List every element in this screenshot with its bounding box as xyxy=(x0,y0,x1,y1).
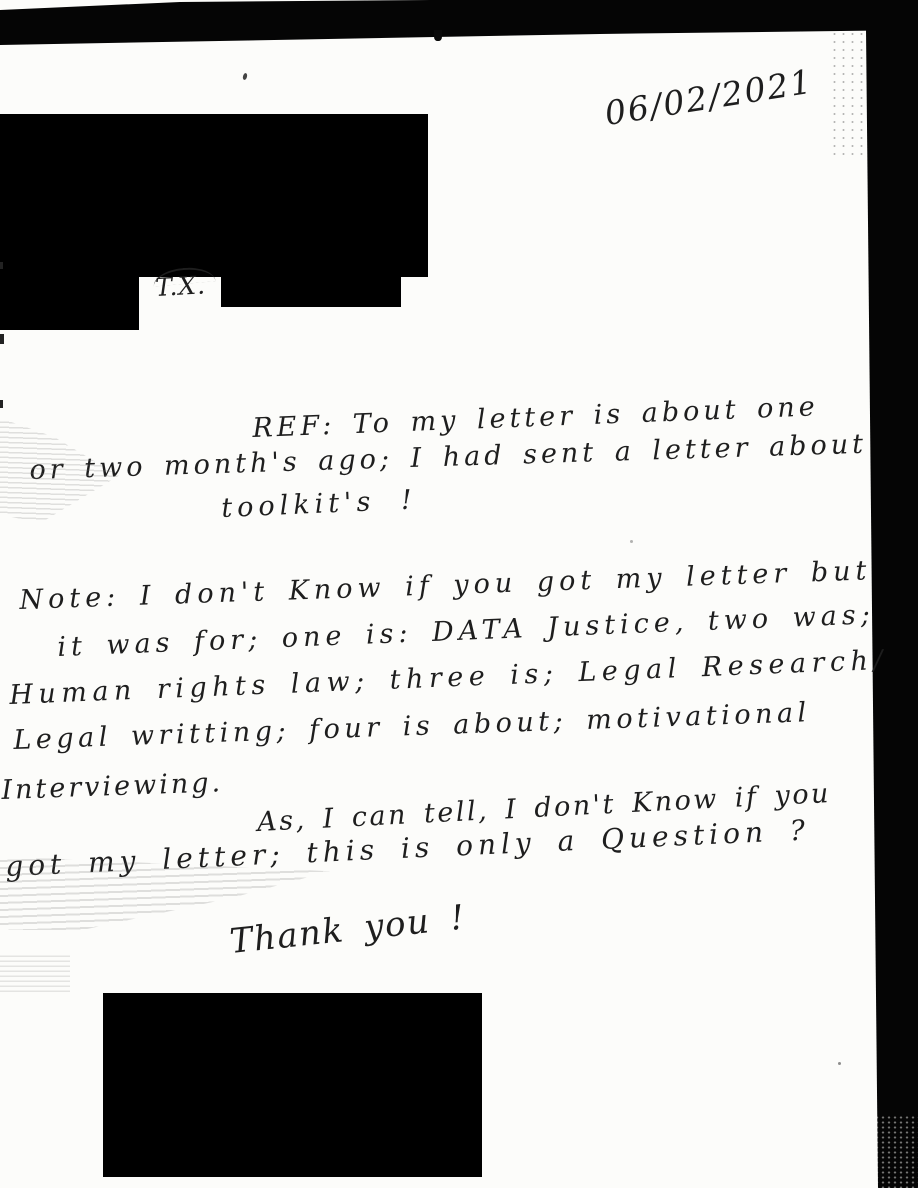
scan-noise-page-corner xyxy=(830,30,868,155)
handwritten-line-note-5: Interviewing. xyxy=(1,768,224,805)
redaction-block-address-right xyxy=(221,276,401,307)
scanner-edge-top xyxy=(0,0,918,48)
ink-speck xyxy=(838,1062,841,1065)
redaction-block-address-left xyxy=(0,276,139,330)
ink-speck xyxy=(630,540,633,543)
edge-artifact-tick xyxy=(0,400,3,408)
redaction-block-signature xyxy=(103,993,482,1177)
scan-noise-right-bottom xyxy=(868,1115,918,1188)
handwritten-closing: Thank you ! xyxy=(228,899,467,961)
ink-speck xyxy=(434,30,442,41)
toner-smudge-left-small xyxy=(0,952,70,992)
handwritten-line-note-4: Legal writting; four is about; motivatio… xyxy=(13,698,811,756)
edge-artifact-tick xyxy=(0,334,4,344)
address-state-text: T.X. xyxy=(155,271,207,301)
scanner-edge-right xyxy=(864,0,918,1188)
redaction-block-address-top xyxy=(0,114,428,277)
handwritten-line-ref-3: toolkit's ! xyxy=(221,485,418,523)
edge-artifact-tick xyxy=(0,262,3,269)
handwritten-line-ref-2: or two month's ago; I had sent a letter … xyxy=(29,430,867,486)
scanned-letter-page: 06/02/2021 T.X. REF: To my letter is abo… xyxy=(0,0,918,1188)
handwritten-date: 06/02/2021 xyxy=(602,64,815,133)
ink-speck xyxy=(242,73,248,81)
